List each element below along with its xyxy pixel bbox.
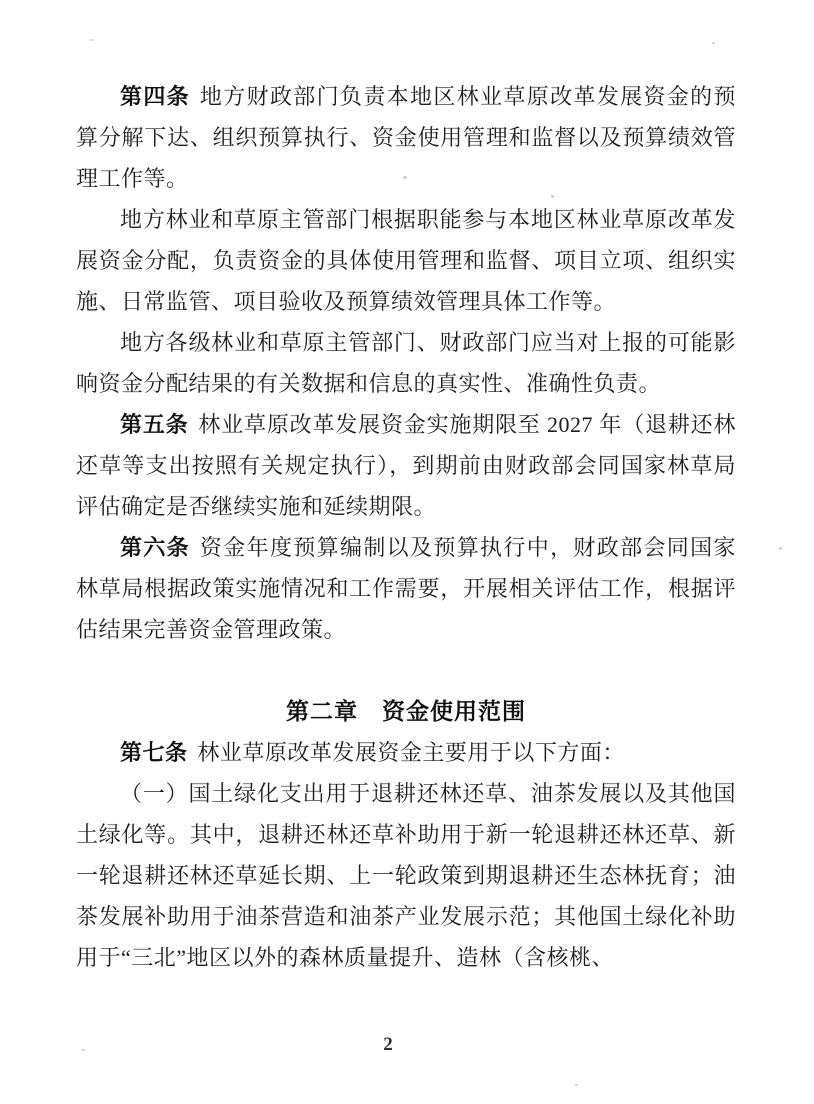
paragraph-article-4: 第四条地方财政部门负责本地区林业草原改革发展资金的预算分解下达、组织预算执行、资… bbox=[76, 76, 736, 199]
document-page: 第四条地方财政部门负责本地区林业草原改革发展资金的预算分解下达、组织预算执行、资… bbox=[0, 0, 814, 1104]
scan-speck bbox=[575, 1084, 578, 1086]
article-6-number: 第六条 bbox=[120, 535, 190, 560]
paragraph-item-1: （一）国土绿化支出用于退耕还林还草、油茶发展以及其他国土绿化等。其中，退耕还林还… bbox=[76, 773, 736, 978]
article-7-number: 第七条 bbox=[120, 740, 188, 765]
paragraph: 地方各级林业和草原主管部门、财政部门应当对上报的可能影响资金分配结果的有关数据和… bbox=[76, 322, 736, 404]
article-4-number: 第四条 bbox=[120, 84, 190, 109]
paragraph: 地方林业和草原主管部门根据职能参与本地区林业草原改革发展资金分配，负责资金的具体… bbox=[76, 199, 736, 322]
paragraph-text: 地方林业和草原主管部门根据职能参与本地区林业草原改革发展资金分配，负责资金的具体… bbox=[76, 207, 736, 314]
scan-speck bbox=[551, 195, 554, 198]
document-body: 第四条地方财政部门负责本地区林业草原改革发展资金的预算分解下达、组织预算执行、资… bbox=[76, 76, 736, 978]
paragraph-text: （一）国土绿化支出用于退耕还林还草、油茶发展以及其他国土绿化等。其中，退耕还林还… bbox=[76, 781, 736, 970]
scan-speck bbox=[90, 39, 93, 41]
paragraph-article-7: 第七条林业草原改革发展资金主要用于以下方面： bbox=[76, 732, 736, 773]
article-5-number: 第五条 bbox=[120, 412, 188, 437]
page-number: 2 bbox=[376, 1034, 400, 1056]
scan-speck bbox=[779, 547, 782, 550]
paragraph-text: 林业草原改革发展资金主要用于以下方面： bbox=[197, 740, 625, 765]
chapter-heading: 第二章 资金使用范围 bbox=[76, 691, 736, 732]
scan-speck bbox=[403, 176, 407, 179]
scan-speck bbox=[82, 1049, 85, 1051]
paragraph-article-5: 第五条林业草原改革发展资金实施期限至 2027 年（退耕还林还草等支出按照有关规… bbox=[76, 404, 736, 527]
paragraph-text: 地方各级林业和草原主管部门、财政部门应当对上报的可能影响资金分配结果的有关数据和… bbox=[76, 330, 736, 396]
scan-speck bbox=[712, 42, 715, 44]
paragraph-article-6: 第六条资金年度预算编制以及预算执行中，财政部会同国家林草局根据政策实施情况和工作… bbox=[76, 527, 736, 650]
